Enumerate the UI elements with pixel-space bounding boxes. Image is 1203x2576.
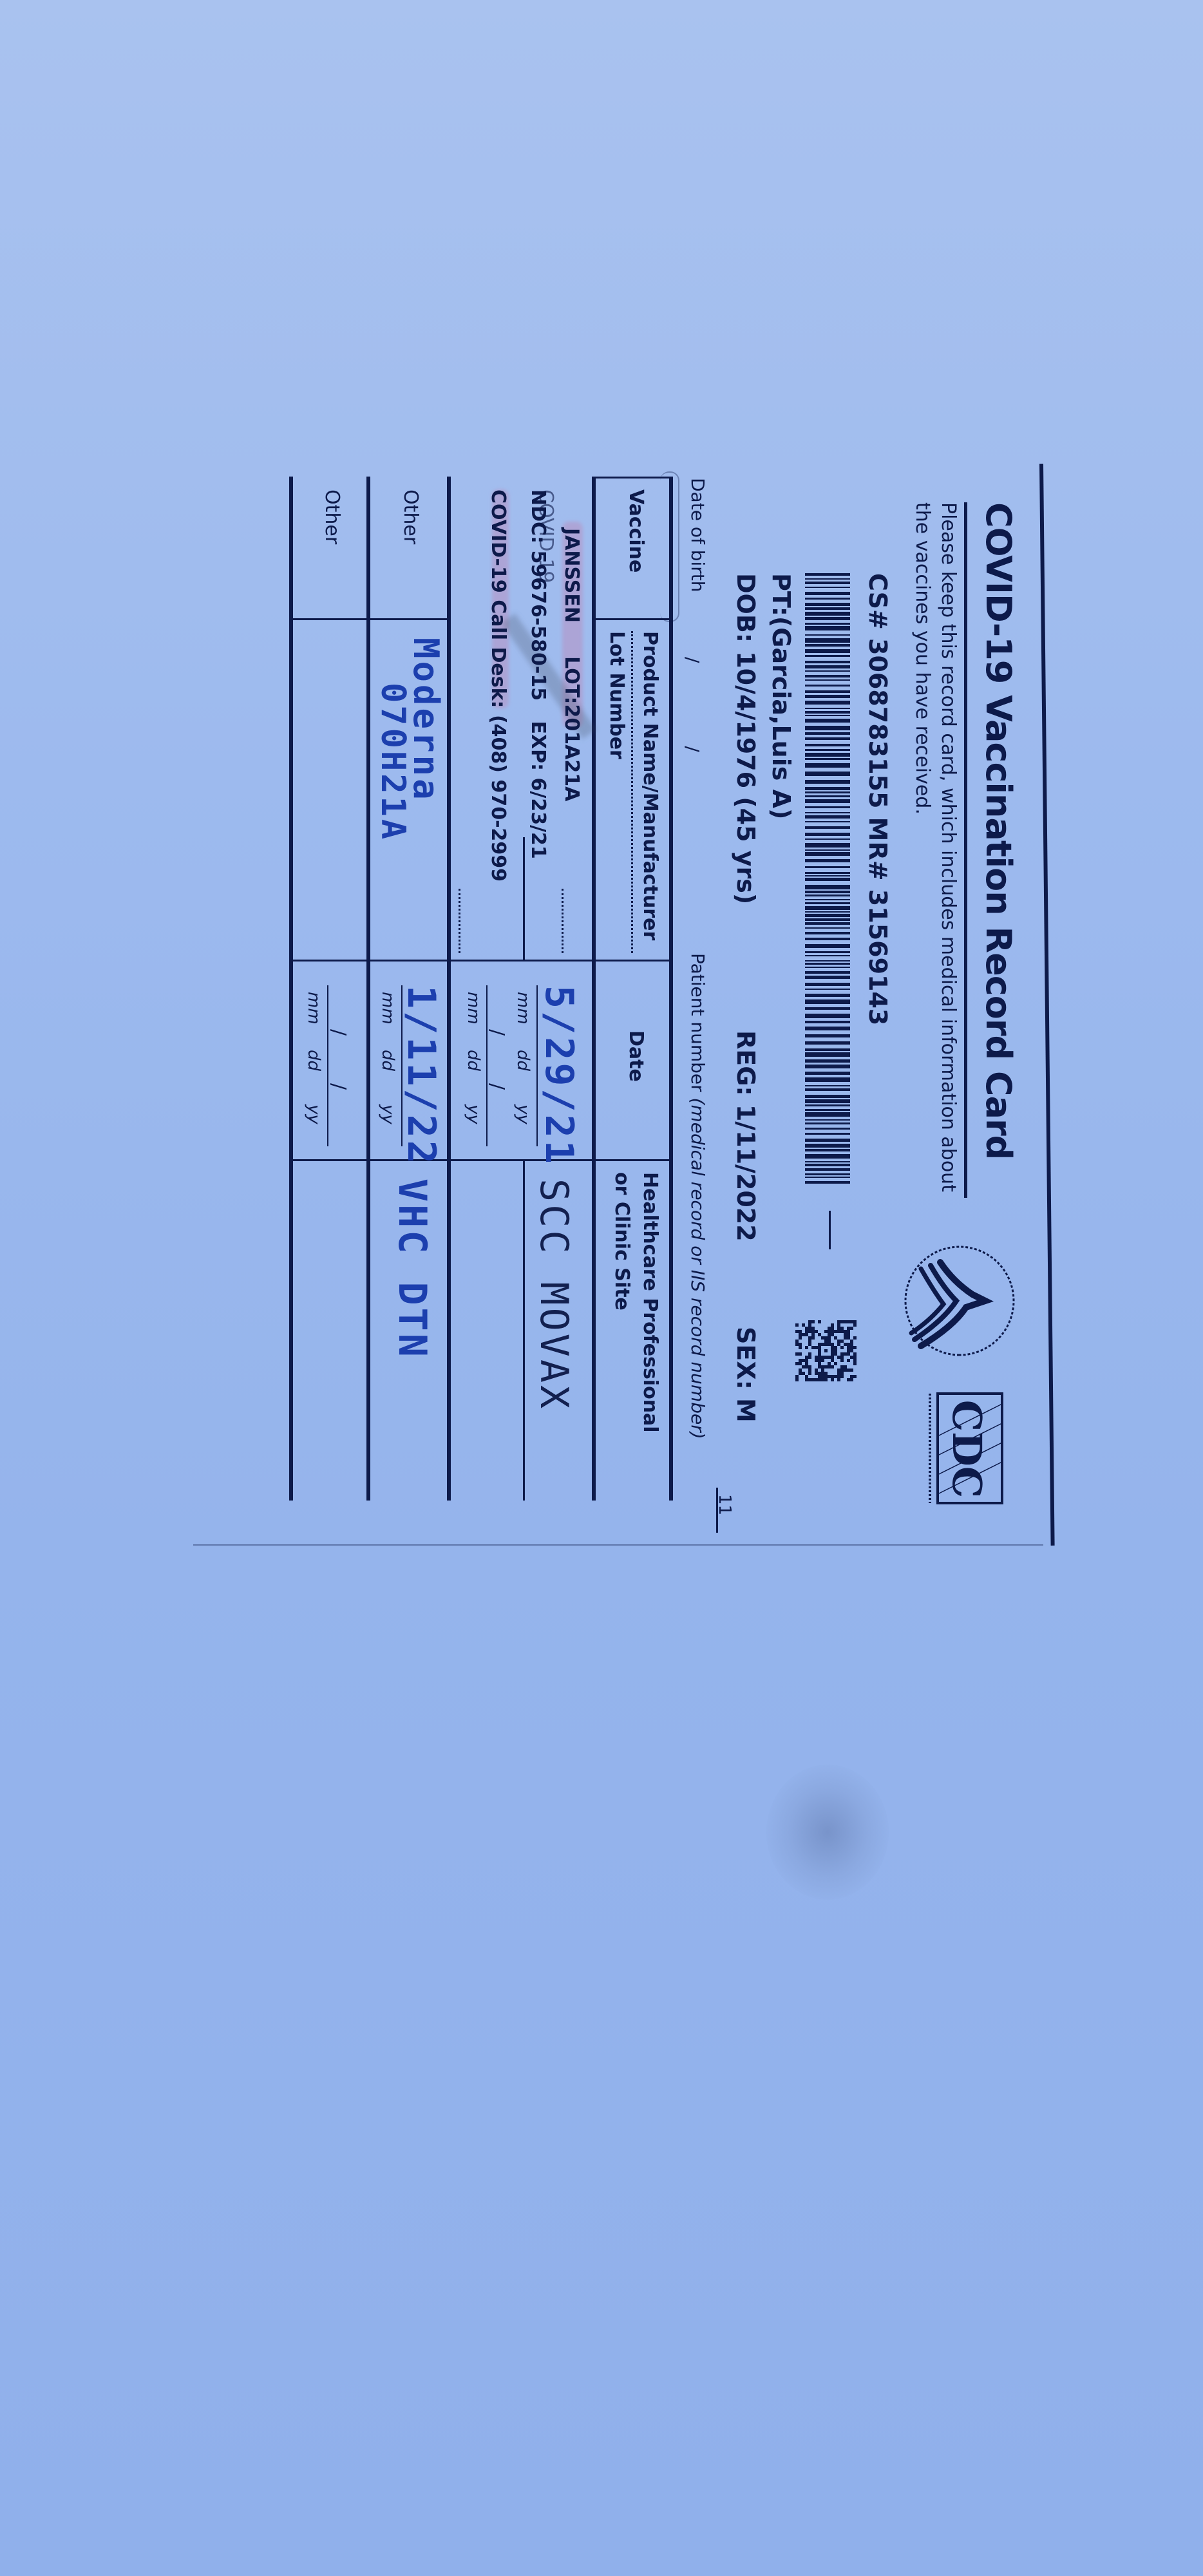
date-dd: dd <box>464 1050 483 1071</box>
date-yy: yy <box>464 1104 483 1124</box>
vaccination-card-photo: COVID-19 Vaccination Record Card Please … <box>193 464 1043 1546</box>
product-dotted <box>459 889 460 953</box>
row1-date-handwritten: 5/29/21 <box>536 985 582 1166</box>
site-rule <box>523 1159 525 1501</box>
patient-dob: DOB: 10/4/1976 (45 yrs) <box>732 573 760 904</box>
barcode-tick <box>829 1211 831 1249</box>
patient-sex: SEX: M <box>732 1327 760 1423</box>
date-blank <box>536 985 538 1146</box>
date-dd: dd <box>378 1050 397 1071</box>
card-title: COVID-19 Vaccination Record Card <box>978 502 1019 1159</box>
logos: CDC <box>895 1236 1024 1533</box>
title-divider <box>964 502 967 1198</box>
date-yy: yy <box>513 1104 533 1124</box>
header-divider <box>631 631 633 953</box>
date-of-birth-blank: / / <box>682 657 703 791</box>
date-dd: dd <box>513 1050 533 1071</box>
card-subtitle: Please keep this record card, which incl… <box>909 502 961 1211</box>
date-of-birth-label: Date of birth <box>687 478 708 592</box>
row2-bottom-rule <box>366 477 370 1501</box>
hhs-eagle-logo-icon <box>895 1236 1024 1365</box>
sticker-rule <box>523 837 525 960</box>
header-site: Healthcare Professional <box>639 1172 661 1433</box>
cs-mr-number: CS# 3068783155 MR# 31569143 <box>864 573 892 1025</box>
date-blank <box>401 985 403 1146</box>
header-product: Product Name/Manufacturer <box>639 631 661 940</box>
header-site-2: or Clinic Site <box>611 1172 633 1311</box>
date-mm: mm <box>464 992 483 1025</box>
row1-bottom-rule <box>447 477 451 1501</box>
card-edge <box>193 1544 1043 1546</box>
date-mm: mm <box>513 992 533 1025</box>
corner-mark-line <box>716 1488 718 1533</box>
date-yy: yy <box>378 1104 397 1124</box>
product-dotted <box>562 889 564 953</box>
date-slash: / <box>327 1083 350 1090</box>
sticker-edge <box>660 471 679 622</box>
date-yy: yy <box>304 1104 323 1124</box>
date-slash: / <box>486 1083 508 1090</box>
date-dd: dd <box>304 1050 323 1071</box>
header-vaccine: Vaccine <box>625 489 647 573</box>
header-bottom-rule <box>592 477 596 1501</box>
row2-vaccine: Other <box>399 489 422 544</box>
cdc-logo-icon: CDC <box>921 1391 1005 1513</box>
patient-number-label: Patient number (medical record or IIS re… <box>687 953 708 1439</box>
registration-date: REG: 1/11/2022 <box>732 1030 760 1242</box>
ndc-line: NDC: 59676-580-15 EXP: 6/23/21 <box>527 489 549 859</box>
vaccine-record-table: Vaccine Product Name/Manufacturer Lot Nu… <box>222 477 673 1501</box>
vaccination-card: COVID-19 Vaccination Record Card Please … <box>193 464 1043 1546</box>
table-bottom-rule <box>289 477 293 1501</box>
patient-name: PT:(Garcia,Luis A) <box>767 573 795 819</box>
paper-smudge <box>766 1765 889 1900</box>
header-lot: Lot Number <box>605 631 628 759</box>
qr-code-icon <box>795 1320 857 1381</box>
table-top-rule <box>669 477 673 1501</box>
row2-lot-handwritten: 070H21A <box>374 683 412 842</box>
date-slash: / <box>486 1029 508 1036</box>
date-mm: mm <box>304 992 323 1025</box>
header-date: Date <box>625 1030 647 1082</box>
date-slash: / <box>327 1029 350 1036</box>
row2-site-handwritten: VHC DTN <box>390 1179 435 1359</box>
card-top-edge <box>1039 464 1055 1546</box>
date-blank <box>327 985 328 1146</box>
date-mm: mm <box>378 992 397 1025</box>
col-divider <box>293 1159 673 1161</box>
call-desk-line: COVID-19 Call Desk: (408) 970-2999 <box>487 489 509 882</box>
col-divider <box>293 960 673 961</box>
janssen-line: JANSSEN LOT:201A21A <box>560 528 583 801</box>
row3-vaccine: Other <box>321 489 343 544</box>
svg-text:CDC: CDC <box>943 1400 990 1498</box>
col-divider <box>293 618 451 620</box>
barcode-icon <box>805 573 850 1191</box>
row1-site-handwritten: SCC MOVAX <box>531 1179 576 1411</box>
date-blank <box>486 985 488 1146</box>
row2-date-handwritten: 1/11/22 <box>399 985 444 1166</box>
